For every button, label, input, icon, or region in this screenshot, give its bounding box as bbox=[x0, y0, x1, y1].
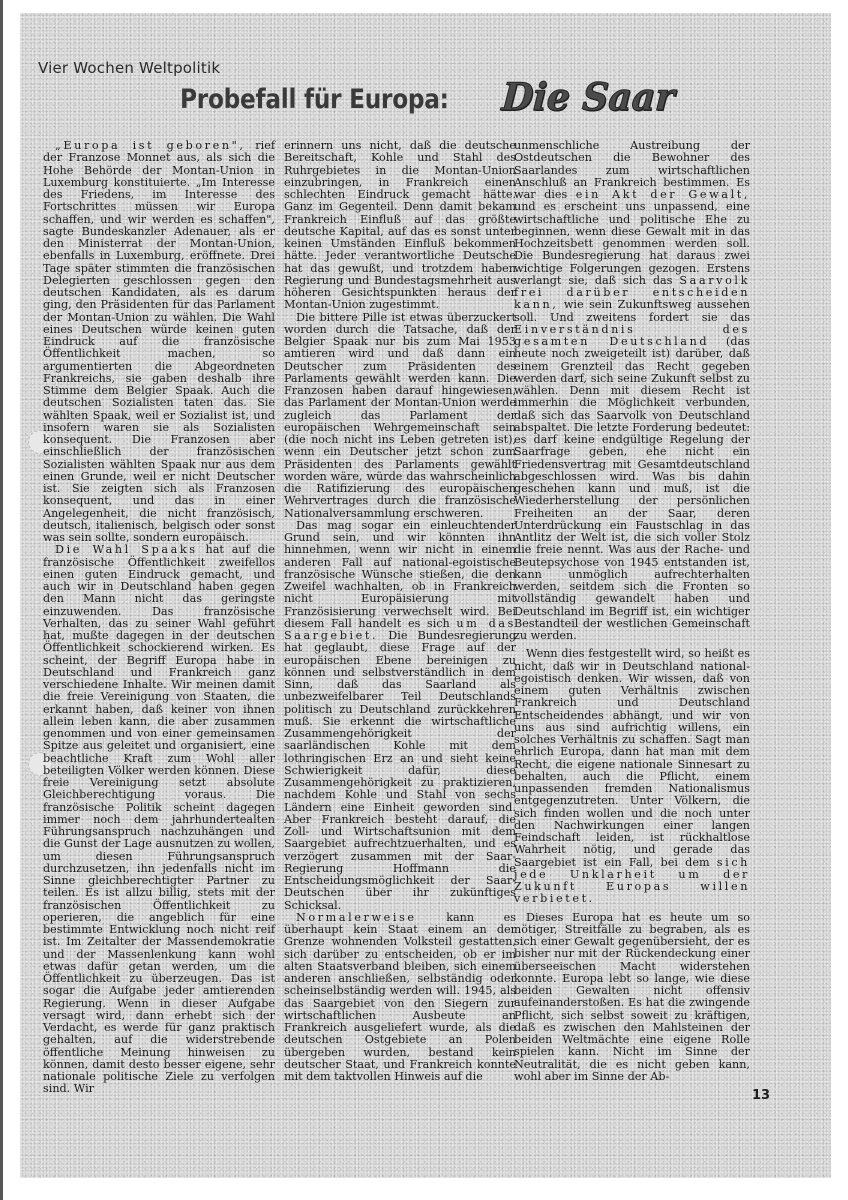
article-column-2: erinnern uns nicht, daß die deutsche Ber… bbox=[284, 140, 516, 1083]
paragraph-text: rief der Franzose Monnet aus, als sich d… bbox=[43, 139, 275, 544]
paragraph-text: Das mag sogar ein einleuchtender Grund s… bbox=[284, 519, 516, 630]
paragraph: Dieses Europa hat es heute um so nötiger… bbox=[514, 912, 750, 1084]
paragraph: Die bittere Pille ist etwas überzuckert … bbox=[284, 312, 516, 520]
spaced-lead: Normalerweise bbox=[296, 911, 417, 924]
scan-page-edge bbox=[0, 0, 3, 1200]
paragraph-text: hat auf die französische Öffentlichkeit … bbox=[43, 543, 275, 1095]
paragraph-text: Die Bundesregierung hat geglaubt, diese … bbox=[284, 629, 516, 912]
headline-main: Probefall für Europa: bbox=[180, 84, 449, 115]
article-column-3: unmenschliche Austreibung der Ostdeutsch… bbox=[514, 140, 750, 1083]
paragraph: „Europa ist geboren", rief der Franzose … bbox=[43, 140, 275, 544]
paragraph: erinnern uns nicht, daß die deutsche Ber… bbox=[284, 140, 516, 312]
page-number: 13 bbox=[752, 1088, 770, 1103]
spaced-lead: „Europa ist geboren", bbox=[55, 139, 246, 152]
paragraph-text: Wenn dies festgestellt wird, so heißt es… bbox=[514, 647, 750, 868]
paragraph: Die Wahl Spaaks hat auf die französische… bbox=[43, 544, 275, 1095]
headline-accent: Die Saar bbox=[501, 74, 676, 119]
spaced-lead: Die Wahl Spaaks bbox=[55, 543, 198, 556]
paragraph-text: Die bittere Pille ist etwas überzuckert … bbox=[284, 311, 516, 520]
article-column-1: „Europa ist geboren", rief der Franzose … bbox=[43, 140, 275, 1096]
paragraph-text: kann es überhaupt kein Staat einem an de… bbox=[284, 911, 516, 1083]
spaced-emphasis: ein Akt der Gewalt, bbox=[576, 188, 750, 201]
paragraph-text: erinnern uns nicht, daß die deutsche Ber… bbox=[284, 139, 516, 311]
section-label: Vier Wochen Weltpolitik bbox=[38, 59, 220, 77]
paragraph-text: Dieses Europa hat es heute um so nötiger… bbox=[514, 911, 750, 1083]
paragraph: unmenschliche Austreibung der Ostdeutsch… bbox=[514, 140, 750, 642]
article-headline: Probefall für Europa: Die Saar bbox=[180, 84, 492, 115]
paragraph-text: (das heute noch zweigeteilt ist) darüber… bbox=[514, 335, 750, 642]
paragraph: Normalerweise kann es überhaupt kein Sta… bbox=[284, 912, 516, 1084]
paragraph: Wenn dies festgestellt wird, so heißt es… bbox=[514, 648, 750, 905]
paragraph: Das mag sogar ein einleuchtender Grund s… bbox=[284, 520, 516, 912]
